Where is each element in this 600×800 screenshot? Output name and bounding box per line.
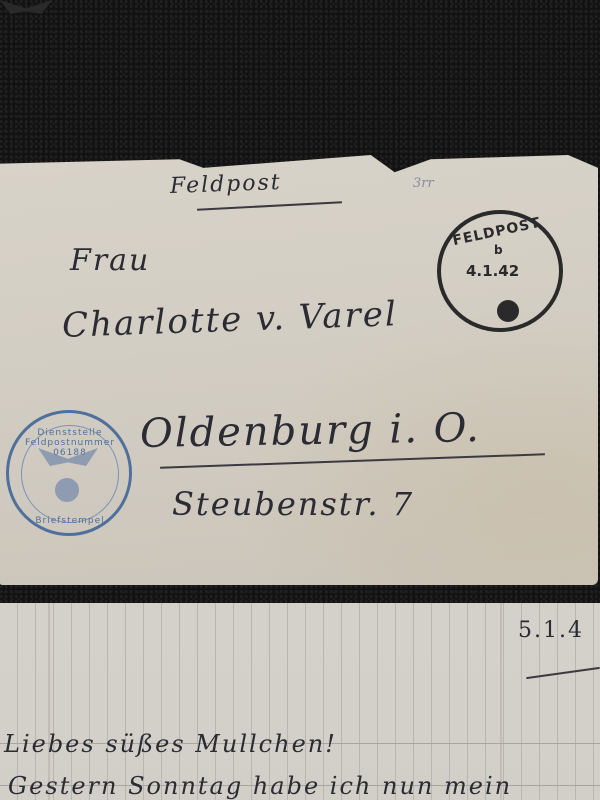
letter-line: Liebes süßes Mullchen! <box>4 730 337 758</box>
recipient-salutation: Frau <box>70 243 150 278</box>
unit-stamp-top-text: Dienststelle Feldpostnummer 06188 <box>20 428 120 458</box>
fold-line <box>48 603 50 800</box>
fold-line <box>500 603 502 800</box>
recipient-city: Oldenburg i. O. <box>140 405 482 457</box>
letter-sheet <box>0 603 600 800</box>
feldpost-handwriting: Feldpost <box>170 170 282 199</box>
wreath-icon <box>497 300 519 322</box>
stamp-wreath-icon <box>55 478 79 502</box>
unit-stamp-bottom-text: Briefstempel <box>20 516 120 526</box>
pencil-note: 3rr <box>413 176 434 191</box>
postmark-number: b <box>494 243 503 257</box>
postmark-date: 4.1.42 <box>466 262 519 280</box>
letter-line: Gestern Sonntag habe ich nun mein <box>8 772 512 800</box>
letter-date: 5.1.4 <box>518 618 584 643</box>
recipient-street: Steubenstr. 7 <box>172 485 414 523</box>
